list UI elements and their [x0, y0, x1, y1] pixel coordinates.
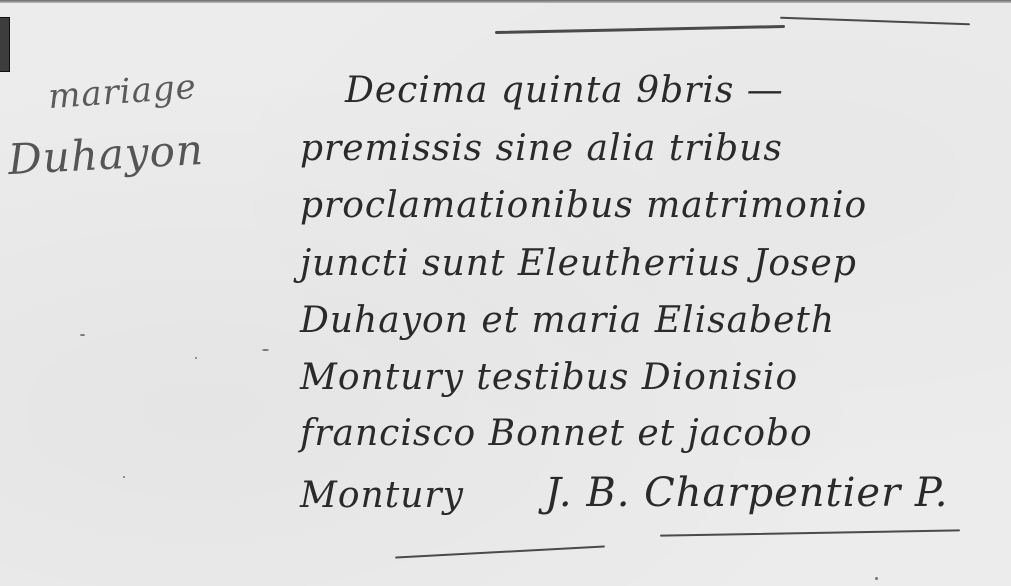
entry-line-6: Montury testibus Dionisio [300, 357, 798, 398]
entry-line-7: francisco Bonnet et jacobo [300, 413, 813, 454]
paper-speck [195, 357, 197, 359]
entry-line-1: Decima quinta 9bris — [345, 70, 784, 111]
entry-separator-top [495, 25, 785, 34]
entry-separator-top-right [780, 17, 970, 26]
entry-line-4: juncti sunt Eleutherius Josep [300, 243, 857, 284]
priest-signature: J. B. Charpentier P. [545, 470, 948, 516]
page-top-edge [0, 0, 1011, 3]
margin-note-surname: Duhayon [7, 125, 205, 184]
paper-speck [123, 476, 125, 478]
entry-line-2: premissis sine alia tribus [300, 128, 783, 169]
entry-separator-bottom-right [660, 529, 960, 536]
entry-line-5: Duhayon et maria Elisabeth [300, 300, 835, 341]
paper-speck [875, 577, 878, 580]
entry-line-3: proclamationibus matrimonio [300, 185, 867, 226]
paper-speck [80, 334, 85, 336]
entry-separator-bottom-left [395, 546, 605, 559]
paper-speck [262, 349, 269, 351]
entry-line-8: Montury [300, 475, 464, 516]
register-page: mariage Duhayon Decima quinta 9bris — pr… [0, 0, 1011, 586]
page-tab-marker [0, 17, 10, 72]
margin-note-mariage: mariage [47, 67, 198, 117]
